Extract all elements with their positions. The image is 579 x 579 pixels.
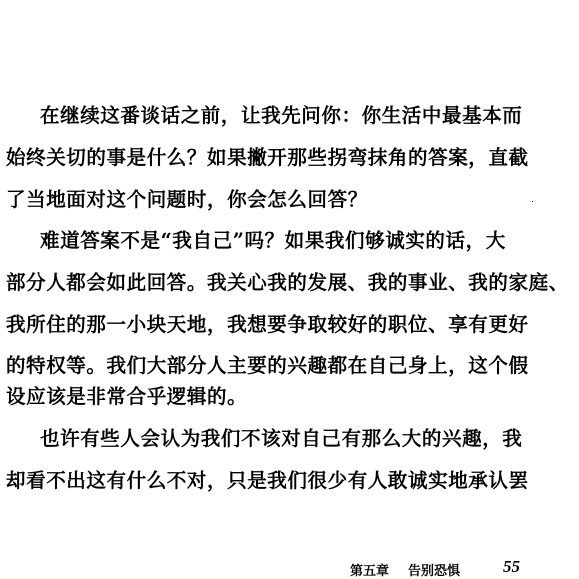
speck xyxy=(532,201,533,202)
paragraph-2-line-4: 的特权等。我们大部分人主要的兴趣都在自己身上，这个假 xyxy=(6,354,529,378)
paragraph-2-line-3: 我所住的那一小块天地，我想要争取较好的职位、享有更好 xyxy=(6,313,529,337)
paragraph-2-line-1: 难道答案不是“我自己”吗？如果我们够诚实的话，大 xyxy=(40,229,506,253)
paragraph-1-line-1: 在继续这番谈话之前，让我先问你：你生活中最基本而 xyxy=(40,104,522,128)
footer-chapter: 第五章 xyxy=(350,560,389,579)
page-number: 55 xyxy=(503,557,520,577)
paragraph-2-line-2: 部分人都会如此回答。我关心我的发展、我的事业、我的家庭、 xyxy=(6,271,569,295)
paragraph-2-line-5: 设应该是非常合乎逻辑的。 xyxy=(6,385,247,409)
footer-chapter-title: 告别恐惧 xyxy=(408,560,460,579)
paragraph-1-line-2: 始终关切的事是什么？如果撇开那些拐弯抹角的答案，直截 xyxy=(6,146,529,170)
paragraph-3-line-2: 却看不出这有什么不对，只是我们很少有人敢诚实地承认罢 xyxy=(6,469,529,493)
paragraph-3-line-1: 也许有些人会认为我们不该对自己有那么大的兴趣，我 xyxy=(40,427,522,451)
paragraph-1-line-3: 了当地面对这个问题时，你会怎么回答？ xyxy=(6,188,368,212)
